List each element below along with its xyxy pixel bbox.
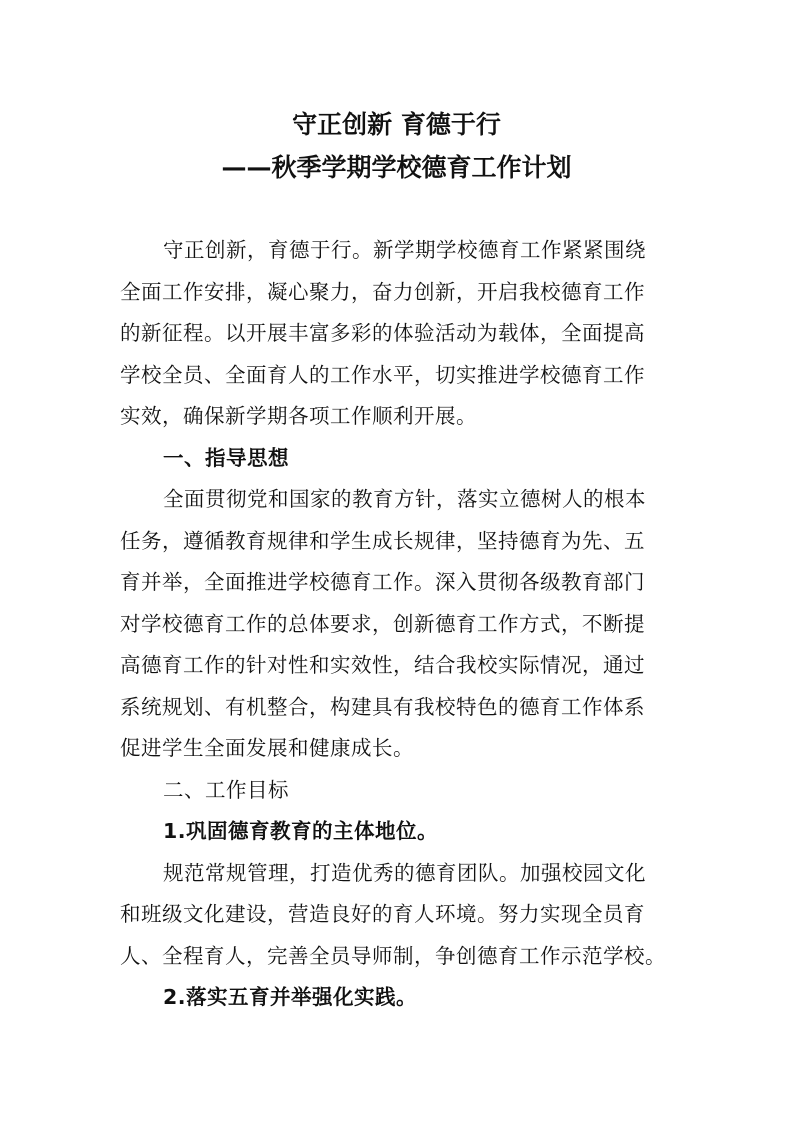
subsection-heading: 1.巩固德育教育的主体地位。 xyxy=(120,811,676,853)
paragraph-line: 守正创新，育德于行。新学期学校德育工作紧紧围绕 xyxy=(120,230,676,272)
paragraph-line: 和班级文化建设，营造良好的育人环境。努力实现全员育 xyxy=(120,894,676,936)
document-title: 守正创新 育德于行 xyxy=(0,110,793,140)
paragraph-line: 对学校德育工作的总体要求，创新德育工作方式，不断提 xyxy=(120,604,676,646)
paragraph-line: 育并举，全面推进学校德育工作。深入贯彻各级教育部门 xyxy=(120,562,676,604)
paragraph-line: 人、全程育人，完善全员导师制，争创德育工作示范学校。 xyxy=(120,936,676,978)
paragraph-line: 学校全员、全面育人的工作水平，切实推进学校德育工作 xyxy=(120,355,676,397)
section-heading: 二、工作目标 xyxy=(120,770,676,812)
paragraph-line: 全面工作安排，凝心聚力，奋力创新，开启我校德育工作 xyxy=(120,272,676,314)
intro-paragraph: 守正创新，育德于行。新学期学校德育工作紧紧围绕 全面工作安排，凝心聚力，奋力创新… xyxy=(120,230,676,438)
subsection-2: 2.落实五育并举强化实践。 xyxy=(120,977,676,1019)
paragraph-line: 的新征程。以开展丰富多彩的体验活动为载体，全面提高 xyxy=(120,313,676,355)
paragraph-line: 高德育工作的针对性和实效性，结合我校实际情况，通过 xyxy=(120,645,676,687)
paragraph-line: 实效，确保新学期各项工作顺利开展。 xyxy=(120,396,676,438)
section-heading: 一、指导思想 xyxy=(120,438,676,480)
paragraph-line: 系统规划、有机整合，构建具有我校特色的德育工作体系 xyxy=(120,687,676,729)
paragraph-line: 全面贯彻党和国家的教育方针，落实立德树人的根本 xyxy=(120,479,676,521)
document-page: 守正创新 育德于行 ——秋季学期学校德育工作计划 守正创新，育德于行。新学期学校… xyxy=(0,0,793,1122)
paragraph-line: 规范常规管理，打造优秀的德育团队。加强校园文化 xyxy=(120,853,676,895)
subsection-heading: 2.落实五育并举强化实践。 xyxy=(120,977,676,1019)
section-work-goals: 二、工作目标 1.巩固德育教育的主体地位。 规范常规管理，打造优秀的德育团队。加… xyxy=(120,770,676,1019)
paragraph-line: 任务，遵循教育规律和学生成长规律，坚持德育为先、五 xyxy=(120,521,676,563)
section-guiding-ideology: 一、指导思想 全面贯彻党和国家的教育方针，落实立德树人的根本 任务，遵循教育规律… xyxy=(120,438,676,770)
document-subtitle: ——秋季学期学校德育工作计划 xyxy=(0,153,793,183)
subsection-1: 1.巩固德育教育的主体地位。 规范常规管理，打造优秀的德育团队。加强校园文化 和… xyxy=(120,811,676,977)
document-body: 守正创新，育德于行。新学期学校德育工作紧紧围绕 全面工作安排，凝心聚力，奋力创新… xyxy=(120,230,676,1019)
paragraph-line: 促进学生全面发展和健康成长。 xyxy=(120,728,676,770)
